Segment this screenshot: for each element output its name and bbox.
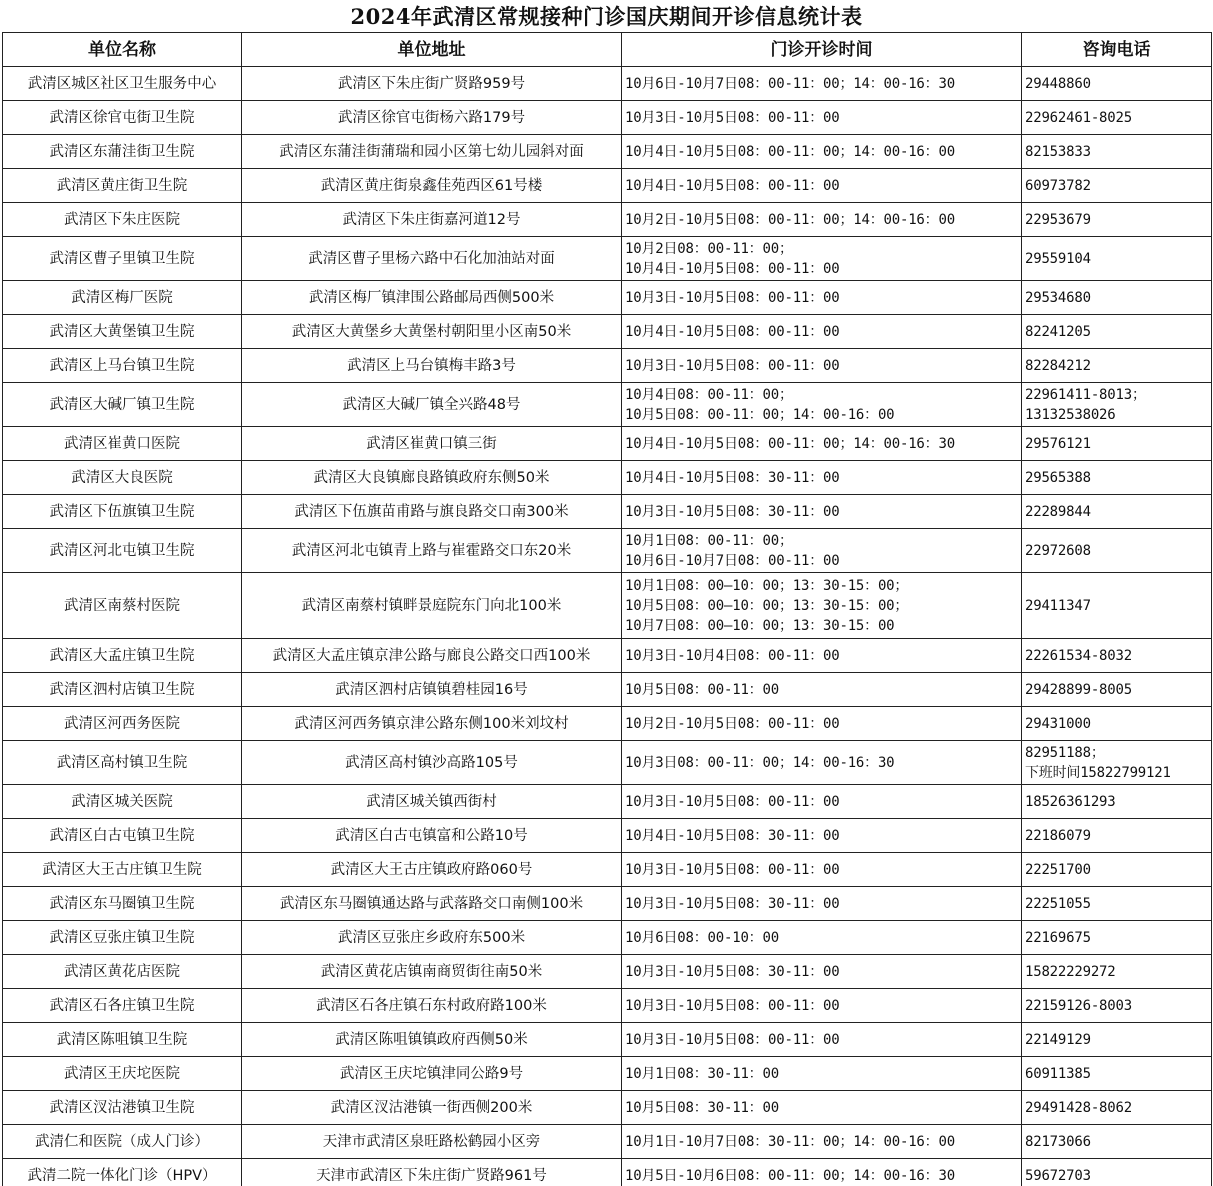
hours-line: 10月5日08：00-11：00；14：00-16：00 bbox=[625, 405, 1018, 425]
cell-unit-address: 武清区大黄堡乡大黄堡村朝阳里小区南50米 bbox=[242, 315, 622, 349]
hours-line: 10月5日08：00—10：00；13：30-15：00； bbox=[625, 596, 1018, 616]
cell-unit-address: 武清区河西务镇京津公路东侧100米刘坟村 bbox=[242, 707, 622, 741]
cell-unit-address: 武清区大孟庄镇京津公路与廊良公路交口西100米 bbox=[242, 639, 622, 673]
cell-unit-name: 武清区豆张庄镇卫生院 bbox=[3, 921, 242, 955]
table-row: 武清区黄花店医院武清区黄花店镇南商贸街往南50米10月3日-10月5日08：30… bbox=[3, 955, 1212, 989]
cell-unit-address: 武清区下朱庄街嘉河道12号 bbox=[242, 203, 622, 237]
cell-unit-address: 天津市武清区泉旺路松鹤园小区旁 bbox=[242, 1125, 622, 1159]
cell-phone: 29534680 bbox=[1022, 281, 1212, 315]
table-row: 武清区上马台镇卫生院武清区上马台镇梅丰路3号10月3日-10月5日08：00-1… bbox=[3, 349, 1212, 383]
column-header-address: 单位地址 bbox=[242, 33, 622, 67]
table-row: 武清区黄庄街卫生院武清区黄庄街泉鑫佳苑西区61号楼10月4日-10月5日08：0… bbox=[3, 169, 1212, 203]
table-row: 武清区泗村店镇卫生院武清区泗村店镇镇碧桂园16号10月5日08：00-11：00… bbox=[3, 673, 1212, 707]
cell-phone: 22159126-8003 bbox=[1022, 989, 1212, 1023]
cell-unit-name: 武清区下朱庄医院 bbox=[3, 203, 242, 237]
cell-unit-address: 武清区大良镇廊良路镇政府东侧50米 bbox=[242, 461, 622, 495]
phone-line: 82153833 bbox=[1025, 142, 1208, 162]
phone-line: 82241205 bbox=[1025, 322, 1208, 342]
phone-line: 60973782 bbox=[1025, 176, 1208, 196]
phone-line: 59672703 bbox=[1025, 1166, 1208, 1186]
hours-line: 10月4日-10月5日08：00-11：00 bbox=[625, 176, 1018, 196]
phone-line: 29565388 bbox=[1025, 468, 1208, 488]
cell-unit-name: 武清区大良医院 bbox=[3, 461, 242, 495]
cell-unit-address: 武清区东马圈镇通达路与武落路交口南侧100米 bbox=[242, 887, 622, 921]
cell-phone: 82153833 bbox=[1022, 135, 1212, 169]
cell-unit-address: 武清区曹子里杨六路中石化加油站对面 bbox=[242, 237, 622, 281]
table-row: 武清区大孟庄镇卫生院武清区大孟庄镇京津公路与廊良公路交口西100米10月3日-1… bbox=[3, 639, 1212, 673]
table-row: 武清区梅厂医院武清区梅厂镇津围公路邮局西侧500米10月3日-10月5日08：0… bbox=[3, 281, 1212, 315]
cell-clinic-hours: 10月2日08：00-11：00；10月4日-10月5日08：00-11：00 bbox=[622, 237, 1022, 281]
phone-line: 22186079 bbox=[1025, 826, 1208, 846]
cell-phone: 29565388 bbox=[1022, 461, 1212, 495]
cell-unit-name: 武清区泗村店镇卫生院 bbox=[3, 673, 242, 707]
cell-clinic-hours: 10月3日-10月5日08：00-11：00 bbox=[622, 101, 1022, 135]
table-row: 武清区河北屯镇卫生院武清区河北屯镇青上路与崔霍路交口东20米10月1日08：00… bbox=[3, 529, 1212, 573]
cell-phone: 82173066 bbox=[1022, 1125, 1212, 1159]
cell-unit-address: 武清区黄庄街泉鑫佳苑西区61号楼 bbox=[242, 169, 622, 203]
cell-unit-address: 武清区石各庄镇石东村政府路100米 bbox=[242, 989, 622, 1023]
cell-clinic-hours: 10月3日-10月5日08：00-11：00 bbox=[622, 1023, 1022, 1057]
cell-unit-address: 武清区城关镇西街村 bbox=[242, 785, 622, 819]
hours-line: 10月5日-10月6日08：00-11：00；14：00-16：30 bbox=[625, 1166, 1018, 1186]
hours-line: 10月3日-10月5日08：00-11：00 bbox=[625, 108, 1018, 128]
hours-line: 10月3日-10月5日08：00-11：00 bbox=[625, 996, 1018, 1016]
cell-phone: 22169675 bbox=[1022, 921, 1212, 955]
cell-clinic-hours: 10月5日-10月6日08：00-11：00；14：00-16：30 bbox=[622, 1159, 1022, 1186]
hours-line: 10月7日08：00—10：00；13：30-15：00 bbox=[625, 616, 1018, 636]
cell-unit-address: 武清区高村镇沙高路105号 bbox=[242, 741, 622, 785]
cell-unit-address: 武清区下伍旗苗甫路与旗良路交口南300米 bbox=[242, 495, 622, 529]
phone-line: 22962461-8025 bbox=[1025, 108, 1208, 128]
table-row: 武清区徐官屯街卫生院武清区徐官屯街杨六路179号10月3日-10月5日08：00… bbox=[3, 101, 1212, 135]
cell-clinic-hours: 10月1日08：30-11：00 bbox=[622, 1057, 1022, 1091]
cell-unit-name: 武清区梅厂医院 bbox=[3, 281, 242, 315]
cell-clinic-hours: 10月3日-10月4日08：00-11：00 bbox=[622, 639, 1022, 673]
cell-unit-address: 武清区上马台镇梅丰路3号 bbox=[242, 349, 622, 383]
phone-line: 29491428-8062 bbox=[1025, 1098, 1208, 1118]
cell-unit-address: 武清区大碱厂镇全兴路48号 bbox=[242, 383, 622, 427]
phone-line: 29559104 bbox=[1025, 249, 1208, 269]
phone-line: 22251055 bbox=[1025, 894, 1208, 914]
table-row: 武清区大良医院武清区大良镇廊良路镇政府东侧50米10月4日-10月5日08：30… bbox=[3, 461, 1212, 495]
cell-phone: 22972608 bbox=[1022, 529, 1212, 573]
table-row: 武清区豆张庄镇卫生院武清区豆张庄乡政府东500米10月6日08：00-10：00… bbox=[3, 921, 1212, 955]
table-row: 武清区东蒲洼街卫生院武清区东蒲洼街蒲瑞和园小区第七幼儿园斜对面10月4日-10月… bbox=[3, 135, 1212, 169]
cell-clinic-hours: 10月3日-10月5日08：30-11：00 bbox=[622, 495, 1022, 529]
header-row: 单位名称 单位地址 门诊开诊时间 咨询电话 bbox=[3, 33, 1212, 67]
cell-unit-name: 武清区黄庄街卫生院 bbox=[3, 169, 242, 203]
cell-clinic-hours: 10月3日-10月5日08：30-11：00 bbox=[622, 955, 1022, 989]
cell-clinic-hours: 10月3日-10月5日08：00-11：00 bbox=[622, 989, 1022, 1023]
cell-unit-name: 武清区下伍旗镇卫生院 bbox=[3, 495, 242, 529]
cell-phone: 22186079 bbox=[1022, 819, 1212, 853]
table-row: 武清区城区社区卫生服务中心武清区下朱庄街广贤路959号10月6日-10月7日08… bbox=[3, 67, 1212, 101]
cell-unit-name: 武清区高村镇卫生院 bbox=[3, 741, 242, 785]
hours-line: 10月3日-10月5日08：30-11：00 bbox=[625, 502, 1018, 522]
phone-line: 82284212 bbox=[1025, 356, 1208, 376]
table-row: 武清区下伍旗镇卫生院武清区下伍旗苗甫路与旗良路交口南300米10月3日-10月5… bbox=[3, 495, 1212, 529]
cell-unit-name: 武清区城区社区卫生服务中心 bbox=[3, 67, 242, 101]
hours-line: 10月3日-10月5日08：00-11：00 bbox=[625, 1030, 1018, 1050]
cell-phone: 59672703 bbox=[1022, 1159, 1212, 1186]
cell-unit-name: 武清区石各庄镇卫生院 bbox=[3, 989, 242, 1023]
phone-line: 29534680 bbox=[1025, 288, 1208, 308]
table-row: 武清区汊沽港镇卫生院武清区汊沽港镇一街西侧200米10月5日08：30-11：0… bbox=[3, 1091, 1212, 1125]
hours-line: 10月1日-10月7日08：30-11：00；14：00-16：00 bbox=[625, 1132, 1018, 1152]
phone-line: 60911385 bbox=[1025, 1064, 1208, 1084]
cell-phone: 18526361293 bbox=[1022, 785, 1212, 819]
hours-line: 10月6日-10月7日08：00-11：00；14：00-16：30 bbox=[625, 74, 1018, 94]
cell-clinic-hours: 10月3日-10月5日08：30-11：00 bbox=[622, 887, 1022, 921]
cell-phone: 29559104 bbox=[1022, 237, 1212, 281]
cell-unit-address: 武清区崔黄口镇三街 bbox=[242, 427, 622, 461]
cell-phone: 22261534-8032 bbox=[1022, 639, 1212, 673]
phone-line: 82951188； bbox=[1025, 743, 1208, 763]
cell-unit-address: 天津市武清区下朱庄街广贤路961号 bbox=[242, 1159, 622, 1186]
hours-line: 10月6日-10月7日08：00-11：00 bbox=[625, 551, 1018, 571]
cell-phone: 60973782 bbox=[1022, 169, 1212, 203]
hours-line: 10月3日-10月4日08：00-11：00 bbox=[625, 646, 1018, 666]
column-header-phone: 咨询电话 bbox=[1022, 33, 1212, 67]
cell-phone: 82284212 bbox=[1022, 349, 1212, 383]
cell-unit-address: 武清区白古屯镇富和公路10号 bbox=[242, 819, 622, 853]
cell-unit-name: 武清区东马圈镇卫生院 bbox=[3, 887, 242, 921]
table-row: 武清区石各庄镇卫生院武清区石各庄镇石东村政府路100米10月3日-10月5日08… bbox=[3, 989, 1212, 1023]
table-row: 武清仁和医院（成人门诊）天津市武清区泉旺路松鹤园小区旁10月1日-10月7日08… bbox=[3, 1125, 1212, 1159]
table-row: 武清区城关医院武清区城关镇西街村10月3日-10月5日08：00-11：0018… bbox=[3, 785, 1212, 819]
phone-line: 22251700 bbox=[1025, 860, 1208, 880]
cell-unit-name: 武清区河西务医院 bbox=[3, 707, 242, 741]
cell-clinic-hours: 10月4日08：00-11：00；10月5日08：00-11：00；14：00-… bbox=[622, 383, 1022, 427]
table-row: 武清区南蔡村医院武清区南蔡村镇畔景庭院东门向北100米10月1日08：00—10… bbox=[3, 573, 1212, 639]
cell-clinic-hours: 10月5日08：30-11：00 bbox=[622, 1091, 1022, 1125]
cell-phone: 29576121 bbox=[1022, 427, 1212, 461]
cell-phone: 22251055 bbox=[1022, 887, 1212, 921]
hours-line: 10月3日-10月5日08：00-11：00 bbox=[625, 792, 1018, 812]
hours-line: 10月2日-10月5日08：00-11：00 bbox=[625, 714, 1018, 734]
cell-unit-address: 武清区徐官屯街杨六路179号 bbox=[242, 101, 622, 135]
hours-line: 10月5日08：30-11：00 bbox=[625, 1098, 1018, 1118]
cell-clinic-hours: 10月4日-10月5日08：00-11：00；14：00-16：30 bbox=[622, 427, 1022, 461]
phone-line: 15822229272 bbox=[1025, 962, 1208, 982]
table-row: 武清区崔黄口医院武清区崔黄口镇三街10月4日-10月5日08：00-11：00；… bbox=[3, 427, 1212, 461]
cell-unit-name: 武清区大碱厂镇卫生院 bbox=[3, 383, 242, 427]
cell-unit-address: 武清区汊沽港镇一街西侧200米 bbox=[242, 1091, 622, 1125]
cell-unit-address: 武清区东蒲洼街蒲瑞和园小区第七幼儿园斜对面 bbox=[242, 135, 622, 169]
cell-clinic-hours: 10月4日-10月5日08：30-11：00 bbox=[622, 819, 1022, 853]
cell-unit-address: 武清区王庆坨镇津同公路9号 bbox=[242, 1057, 622, 1091]
cell-clinic-hours: 10月3日-10月5日08：00-11：00 bbox=[622, 853, 1022, 887]
cell-unit-name: 武清区曹子里镇卫生院 bbox=[3, 237, 242, 281]
hours-line: 10月4日-10月5日08：00-11：00；14：00-16：00 bbox=[625, 142, 1018, 162]
hours-line: 10月3日-10月5日08：30-11：00 bbox=[625, 894, 1018, 914]
phone-line: 22961411-8013； bbox=[1025, 385, 1208, 405]
hours-line: 10月4日-10月5日08：30-11：00 bbox=[625, 826, 1018, 846]
cell-clinic-hours: 10月4日-10月5日08：00-11：00；14：00-16：00 bbox=[622, 135, 1022, 169]
cell-unit-address: 武清区黄花店镇南商贸街往南50米 bbox=[242, 955, 622, 989]
cell-unit-name: 武清区崔黄口医院 bbox=[3, 427, 242, 461]
cell-unit-name: 武清区东蒲洼街卫生院 bbox=[3, 135, 242, 169]
cell-clinic-hours: 10月1日08：00—10：00；13：30-15：00；10月5日08：00—… bbox=[622, 573, 1022, 639]
cell-unit-name: 武清区大孟庄镇卫生院 bbox=[3, 639, 242, 673]
hours-line: 10月5日08：00-11：00 bbox=[625, 680, 1018, 700]
table-row: 武清二院一体化门诊（HPV）天津市武清区下朱庄街广贤路961号10月5日-10月… bbox=[3, 1159, 1212, 1186]
cell-unit-address: 武清区泗村店镇镇碧桂园16号 bbox=[242, 673, 622, 707]
cell-unit-address: 武清区下朱庄街广贤路959号 bbox=[242, 67, 622, 101]
cell-unit-address: 武清区河北屯镇青上路与崔霍路交口东20米 bbox=[242, 529, 622, 573]
hours-line: 10月3日-10月5日08：00-11：00 bbox=[625, 860, 1018, 880]
cell-phone: 22953679 bbox=[1022, 203, 1212, 237]
cell-phone: 60911385 bbox=[1022, 1057, 1212, 1091]
column-header-name: 单位名称 bbox=[3, 33, 242, 67]
cell-clinic-hours: 10月3日08：00-11：00；14：00-16：30 bbox=[622, 741, 1022, 785]
table-row: 武清区白古屯镇卫生院武清区白古屯镇富和公路10号10月4日-10月5日08：30… bbox=[3, 819, 1212, 853]
cell-unit-address: 武清区梅厂镇津围公路邮局西侧500米 bbox=[242, 281, 622, 315]
hours-line: 10月1日08：30-11：00 bbox=[625, 1064, 1018, 1084]
table-row: 武清区高村镇卫生院武清区高村镇沙高路105号10月3日08：00-11：00；1… bbox=[3, 741, 1212, 785]
hours-line: 10月4日-10月5日08：00-11：00 bbox=[625, 322, 1018, 342]
cell-clinic-hours: 10月4日-10月5日08：00-11：00 bbox=[622, 169, 1022, 203]
table-row: 武清区曹子里镇卫生院武清区曹子里杨六路中石化加油站对面10月2日08：00-11… bbox=[3, 237, 1212, 281]
cell-unit-address: 武清区大王古庄镇政府路060号 bbox=[242, 853, 622, 887]
cell-phone: 29428899-8005 bbox=[1022, 673, 1212, 707]
cell-phone: 82241205 bbox=[1022, 315, 1212, 349]
cell-phone: 29431000 bbox=[1022, 707, 1212, 741]
phone-line: 29448860 bbox=[1025, 74, 1208, 94]
table-row: 武清区陈咀镇卫生院武清区陈咀镇镇政府西侧50米10月3日-10月5日08：00-… bbox=[3, 1023, 1212, 1057]
hours-line: 10月3日-10月5日08：30-11：00 bbox=[625, 962, 1018, 982]
cell-clinic-hours: 10月6日08：00-10：00 bbox=[622, 921, 1022, 955]
cell-unit-name: 武清仁和医院（成人门诊） bbox=[3, 1125, 242, 1159]
cell-unit-name: 武清区汊沽港镇卫生院 bbox=[3, 1091, 242, 1125]
table-row: 武清区王庆坨医院武清区王庆坨镇津同公路9号10月1日08：30-11：00609… bbox=[3, 1057, 1212, 1091]
cell-unit-name: 武清区河北屯镇卫生院 bbox=[3, 529, 242, 573]
hours-line: 10月2日08：00-11：00； bbox=[625, 239, 1018, 259]
phone-line: 下班时间15822799121 bbox=[1025, 763, 1208, 783]
cell-phone: 82951188；下班时间15822799121 bbox=[1022, 741, 1212, 785]
cell-clinic-hours: 10月1日-10月7日08：30-11：00；14：00-16：00 bbox=[622, 1125, 1022, 1159]
hours-line: 10月1日08：00-11：00； bbox=[625, 531, 1018, 551]
cell-phone: 22251700 bbox=[1022, 853, 1212, 887]
phone-line: 29411347 bbox=[1025, 596, 1208, 616]
phone-line: 22953679 bbox=[1025, 210, 1208, 230]
table-row: 武清区大黄堡镇卫生院武清区大黄堡乡大黄堡村朝阳里小区南50米10月4日-10月5… bbox=[3, 315, 1212, 349]
page-title: 2024年武清区常规接种门诊国庆期间开诊信息统计表 bbox=[0, 0, 1213, 32]
phone-line: 18526361293 bbox=[1025, 792, 1208, 812]
hours-line: 10月4日08：00-11：00； bbox=[625, 385, 1018, 405]
cell-phone: 22961411-8013；13132538026 bbox=[1022, 383, 1212, 427]
table-row: 武清区东马圈镇卫生院武清区东马圈镇通达路与武落路交口南侧100米10月3日-10… bbox=[3, 887, 1212, 921]
table-row: 武清区大王古庄镇卫生院武清区大王古庄镇政府路060号10月3日-10月5日08：… bbox=[3, 853, 1212, 887]
cell-phone: 29448860 bbox=[1022, 67, 1212, 101]
hours-line: 10月4日-10月5日08：00-11：00 bbox=[625, 259, 1018, 279]
hours-line: 10月3日-10月5日08：00-11：00 bbox=[625, 288, 1018, 308]
cell-clinic-hours: 10月4日-10月5日08：00-11：00 bbox=[622, 315, 1022, 349]
cell-phone: 22289844 bbox=[1022, 495, 1212, 529]
cell-clinic-hours: 10月2日-10月5日08：00-11：00 bbox=[622, 707, 1022, 741]
cell-unit-address: 武清区豆张庄乡政府东500米 bbox=[242, 921, 622, 955]
hours-line: 10月4日-10月5日08：00-11：00；14：00-16：30 bbox=[625, 434, 1018, 454]
cell-unit-name: 武清区王庆坨医院 bbox=[3, 1057, 242, 1091]
cell-unit-name: 武清区大王古庄镇卫生院 bbox=[3, 853, 242, 887]
phone-line: 22261534-8032 bbox=[1025, 646, 1208, 666]
cell-unit-name: 武清区城关医院 bbox=[3, 785, 242, 819]
cell-unit-name: 武清区黄花店医院 bbox=[3, 955, 242, 989]
phone-line: 22972608 bbox=[1025, 541, 1208, 561]
table-row: 武清区下朱庄医院武清区下朱庄街嘉河道12号10月2日-10月5日08：00-11… bbox=[3, 203, 1212, 237]
cell-phone: 29491428-8062 bbox=[1022, 1091, 1212, 1125]
cell-phone: 29411347 bbox=[1022, 573, 1212, 639]
phone-line: 82173066 bbox=[1025, 1132, 1208, 1152]
hours-line: 10月2日-10月5日08：00-11：00；14：00-16：00 bbox=[625, 210, 1018, 230]
phone-line: 22169675 bbox=[1025, 928, 1208, 948]
cell-clinic-hours: 10月3日-10月5日08：00-11：00 bbox=[622, 349, 1022, 383]
cell-phone: 22149129 bbox=[1022, 1023, 1212, 1057]
cell-unit-name: 武清二院一体化门诊（HPV） bbox=[3, 1159, 242, 1186]
table-body: 武清区城区社区卫生服务中心武清区下朱庄街广贤路959号10月6日-10月7日08… bbox=[3, 67, 1212, 1186]
table-row: 武清区河西务医院武清区河西务镇京津公路东侧100米刘坟村10月2日-10月5日0… bbox=[3, 707, 1212, 741]
hours-line: 10月3日08：00-11：00；14：00-16：30 bbox=[625, 753, 1018, 773]
cell-clinic-hours: 10月3日-10月5日08：00-11：00 bbox=[622, 281, 1022, 315]
cell-unit-address: 武清区南蔡村镇畔景庭院东门向北100米 bbox=[242, 573, 622, 639]
cell-unit-name: 武清区大黄堡镇卫生院 bbox=[3, 315, 242, 349]
cell-clinic-hours: 10月3日-10月5日08：00-11：00 bbox=[622, 785, 1022, 819]
cell-clinic-hours: 10月2日-10月5日08：00-11：00；14：00-16：00 bbox=[622, 203, 1022, 237]
cell-unit-name: 武清区白古屯镇卫生院 bbox=[3, 819, 242, 853]
cell-unit-name: 武清区陈咀镇卫生院 bbox=[3, 1023, 242, 1057]
phone-line: 22289844 bbox=[1025, 502, 1208, 522]
cell-unit-name: 武清区徐官屯街卫生院 bbox=[3, 101, 242, 135]
hours-line: 10月1日08：00—10：00；13：30-15：00； bbox=[625, 576, 1018, 596]
cell-clinic-hours: 10月1日08：00-11：00；10月6日-10月7日08：00-11：00 bbox=[622, 529, 1022, 573]
phone-line: 22149129 bbox=[1025, 1030, 1208, 1050]
cell-unit-name: 武清区上马台镇卫生院 bbox=[3, 349, 242, 383]
cell-clinic-hours: 10月6日-10月7日08：00-11：00；14：00-16：30 bbox=[622, 67, 1022, 101]
phone-line: 29431000 bbox=[1025, 714, 1208, 734]
phone-line: 22159126-8003 bbox=[1025, 996, 1208, 1016]
cell-clinic-hours: 10月5日08：00-11：00 bbox=[622, 673, 1022, 707]
table-row: 武清区大碱厂镇卫生院武清区大碱厂镇全兴路48号10月4日08：00-11：00；… bbox=[3, 383, 1212, 427]
column-header-hours: 门诊开诊时间 bbox=[622, 33, 1022, 67]
cell-unit-name: 武清区南蔡村医院 bbox=[3, 573, 242, 639]
phone-line: 13132538026 bbox=[1025, 405, 1208, 425]
hours-line: 10月3日-10月5日08：00-11：00 bbox=[625, 356, 1018, 376]
phone-line: 29428899-8005 bbox=[1025, 680, 1208, 700]
cell-clinic-hours: 10月4日-10月5日08：30-11：00 bbox=[622, 461, 1022, 495]
cell-phone: 22962461-8025 bbox=[1022, 101, 1212, 135]
hours-line: 10月6日08：00-10：00 bbox=[625, 928, 1018, 948]
clinic-schedule-table: 单位名称 单位地址 门诊开诊时间 咨询电话 武清区城区社区卫生服务中心武清区下朱… bbox=[2, 32, 1212, 1186]
phone-line: 29576121 bbox=[1025, 434, 1208, 454]
cell-unit-address: 武清区陈咀镇镇政府西侧50米 bbox=[242, 1023, 622, 1057]
hours-line: 10月4日-10月5日08：30-11：00 bbox=[625, 468, 1018, 488]
cell-phone: 15822229272 bbox=[1022, 955, 1212, 989]
